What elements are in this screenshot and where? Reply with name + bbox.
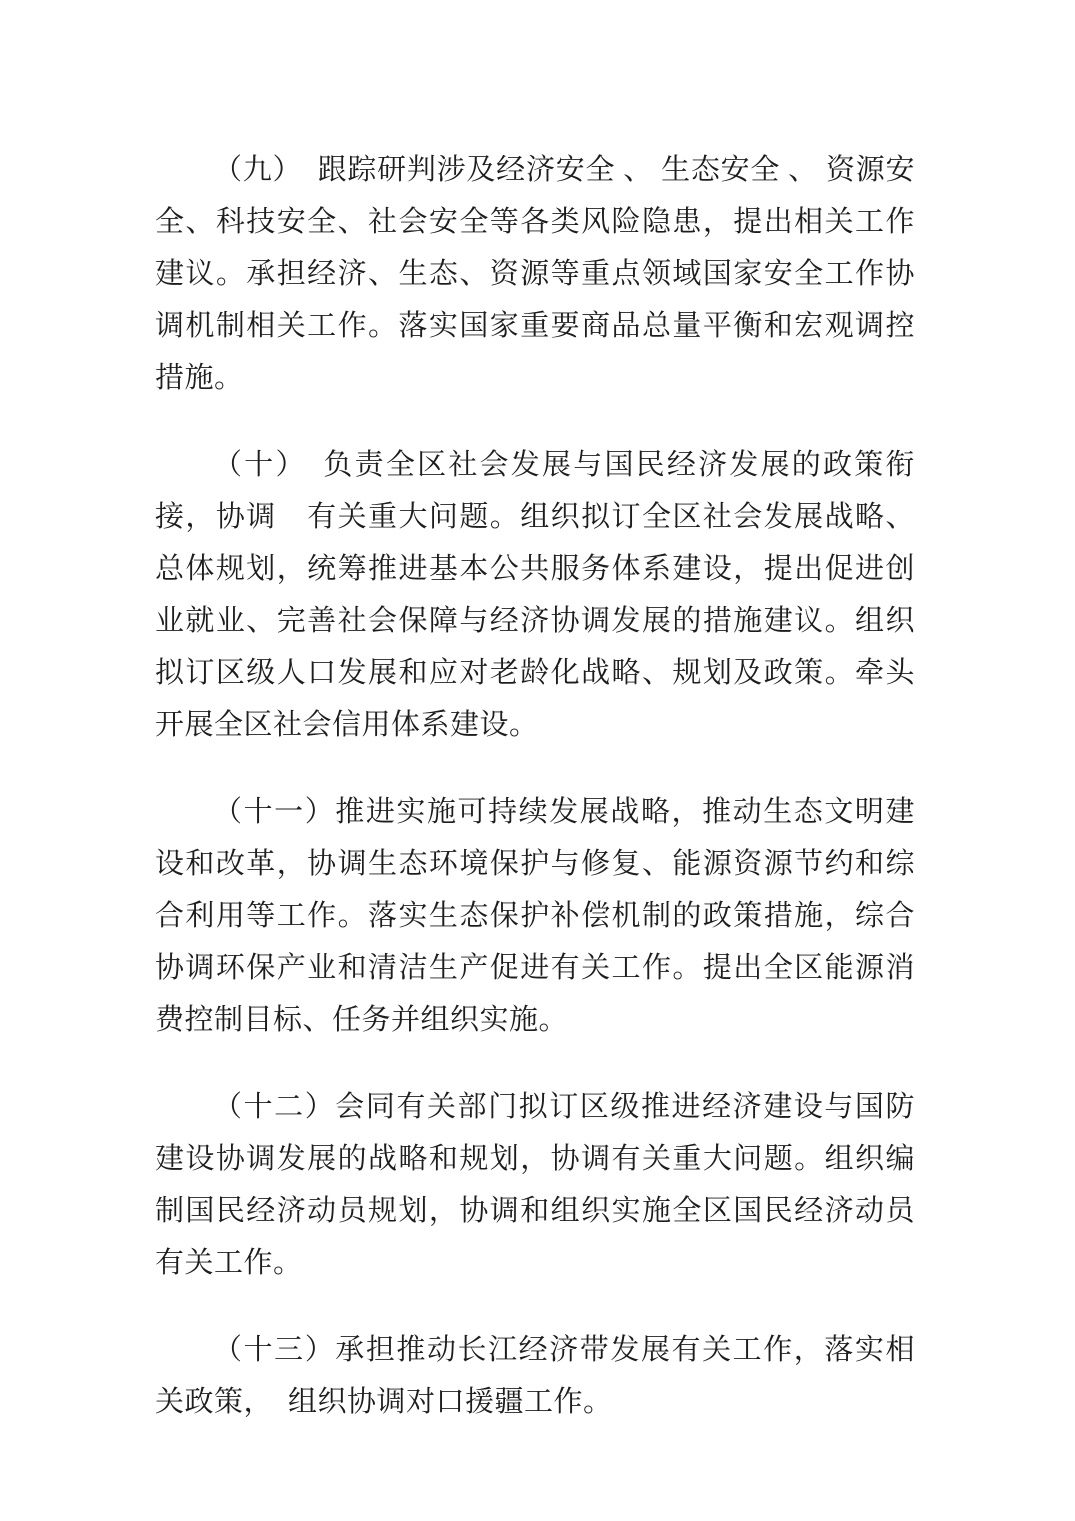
paragraph-clause-9: （九） 跟踪研判涉及经济安全 、 生态安全 、 资源安全、科技安全、社会安全等各… — [155, 144, 915, 404]
document-page: （九） 跟踪研判涉及经济安全 、 生态安全 、 资源安全、科技安全、社会安全等各… — [0, 0, 1075, 1521]
paragraph-clause-10: （十） 负责全区社会发展与国民经济发展的政策衔接，协调 有关重大问题。组织拟订全… — [155, 439, 915, 751]
paragraph-clause-13: （十三）承担推动长江经济带发展有关工作，落实相关政策， 组织协调对口援疆工作。 — [155, 1324, 915, 1428]
paragraph-clause-11: （十一）推进实施可持续发展战略，推动生态文明建设和改革，协调生态环境保护与修复、… — [155, 786, 915, 1046]
paragraph-clause-12: （十二）会同有关部门拟订区级推进经济建设与国防建设协调发展的战略和规划，协调有关… — [155, 1081, 915, 1289]
